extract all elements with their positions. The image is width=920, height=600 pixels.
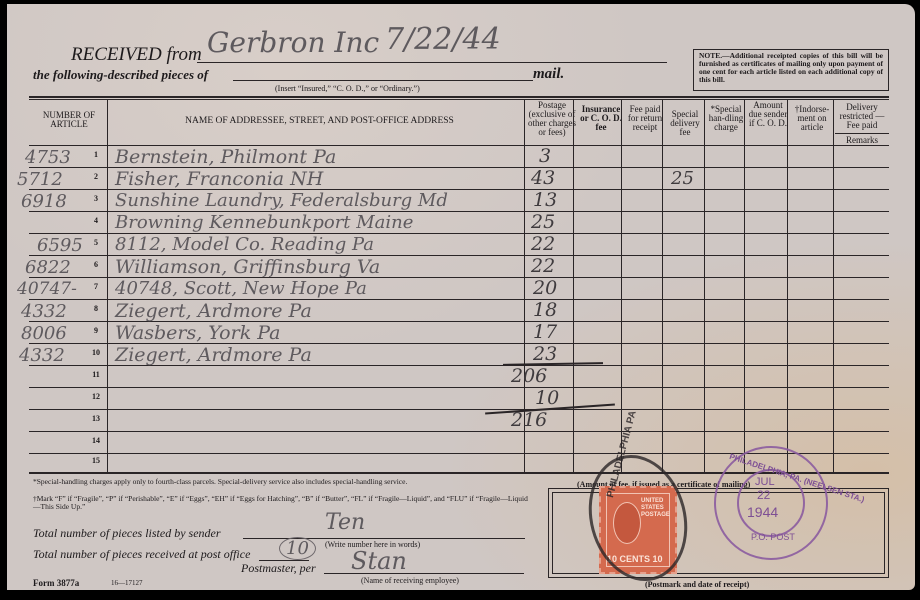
row-line — [29, 409, 889, 410]
row-number: 7 — [88, 282, 104, 291]
row-number: 3 — [88, 194, 104, 203]
article-number: 4332 — [19, 345, 65, 366]
sender-total-value: Ten — [325, 510, 365, 535]
remarks-divider — [835, 133, 889, 134]
postage-value: 22 — [531, 255, 555, 277]
postage-total: 216 — [511, 409, 547, 431]
employee-hint: (Name of receiving employee) — [361, 576, 459, 585]
col-divider — [621, 99, 622, 472]
row-number: 10 — [88, 348, 104, 357]
addressee: Ziegert, Ardmore Pa — [115, 344, 312, 366]
col-header-return-receipt: Fee paid for return receipt — [625, 105, 665, 132]
mailing-receipt-form: RECEIVED from Gerbron Inc 7/22/44 the fo… — [7, 4, 915, 590]
row-number: 4 — [88, 216, 104, 225]
col-divider — [704, 99, 705, 472]
col-divider — [662, 99, 663, 472]
addressee: Fisher, Franconia NH — [115, 168, 323, 190]
row-number: 6 — [88, 260, 104, 269]
mail-label: mail. — [533, 66, 564, 83]
sender-total-label: Total number of pieces listed by sender — [33, 526, 221, 541]
row-number: 13 — [88, 414, 104, 423]
row-number: 8 — [88, 304, 104, 313]
col-header-indorsement: †Indorse-ment on article — [789, 105, 835, 132]
postmark-hint: (Postmark and date of receipt) — [645, 580, 749, 589]
addressee: Williamson, Griffinsburg Va — [115, 256, 380, 278]
insert-hint: (Insert “Insured,” “C. O. D.,” or “Ordin… — [275, 84, 420, 93]
row-line — [29, 387, 889, 388]
postmark-month: JUL — [755, 476, 775, 488]
postmark-bottom: P.O. POST — [751, 532, 795, 542]
row-number: 14 — [88, 436, 104, 445]
received-total-value: 10 — [279, 537, 316, 560]
row-number: 5 — [88, 238, 104, 247]
col-divider — [787, 99, 788, 472]
postage-value: 17 — [533, 321, 557, 343]
received-total-label: Total number of pieces received at post … — [33, 547, 250, 562]
table-top-border — [29, 96, 889, 98]
col-header-number: NUMBER OF ARTICLE — [31, 111, 107, 129]
addressee: 40748, Scott, New Hope Pa — [115, 278, 367, 299]
note-box: NOTE.—Additional receipted copies of thi… — [693, 49, 889, 91]
col-divider — [744, 99, 745, 472]
addressee: 8112, Model Co. Reading Pa — [115, 234, 374, 255]
received-from-value: Gerbron Inc — [207, 26, 379, 59]
postmark-year: 1944 — [747, 504, 778, 520]
postage-value: 25 — [531, 211, 555, 233]
row-line — [29, 431, 889, 432]
postmaster-label: Postmaster, per — [241, 561, 316, 576]
col-header-address: NAME OF ADDRESSEE, STREET, AND POST-OFFI… — [112, 117, 527, 126]
addressee: Wasbers, York Pa — [115, 322, 281, 344]
marking-note: †Mark “F” if “Fragile”, “P” if “Perishab… — [33, 495, 533, 511]
addressee: Sunshine Laundry, Federalsburg Md — [115, 190, 448, 211]
postage-subtotal: 206 — [511, 365, 547, 387]
special-handling-note: *Special-handling charges apply only to … — [33, 478, 533, 486]
row-number: 15 — [88, 456, 104, 465]
article-number: 6595 — [37, 235, 83, 256]
postage-value: 18 — [533, 299, 557, 321]
article-number: 6822 — [25, 257, 71, 278]
row-number: 1 — [88, 150, 104, 159]
row-number: 11 — [88, 370, 104, 379]
article-number: 4753 — [25, 147, 71, 168]
postage-value: 20 — [533, 277, 557, 299]
row-number: 12 — [88, 392, 104, 401]
addressee: Ziegert, Ardmore Pa — [115, 300, 312, 322]
pieces-label: the following-described pieces of — [33, 67, 208, 83]
received-from-label: RECEIVED from — [71, 44, 202, 66]
postage-value: 23 — [533, 343, 557, 365]
date-value: 7/22/44 — [385, 22, 501, 57]
col-header-remarks: Remarks — [835, 136, 889, 145]
row-number: 9 — [88, 326, 104, 335]
postmaster-signature: Stan — [351, 547, 407, 575]
addressee: Bernstein, Philmont Pa — [115, 146, 336, 168]
col-header-special-handling: *Special han-dling charge — [705, 105, 747, 132]
col-header-delivery-restricted: Delivery restricted —Fee paid — [835, 103, 889, 130]
postage-value: 3 — [539, 145, 551, 167]
article-number: 6918 — [21, 191, 67, 212]
postage-value: 22 — [531, 233, 555, 255]
postage-value: 13 — [533, 189, 557, 211]
special-delivery-value: 25 — [671, 168, 694, 189]
col-header-postage: Postage (exclusive of other charges or f… — [527, 101, 577, 137]
article-number: 8006 — [21, 323, 67, 344]
col-header-insurance: Insurance or C. O. D. fee — [577, 105, 625, 132]
col-divider — [107, 99, 108, 472]
mail-type-line — [233, 80, 533, 81]
form-number: Form 3877a — [33, 578, 79, 588]
col-divider — [833, 99, 834, 472]
postage-value: 43 — [531, 167, 555, 189]
print-code: 16—17127 — [111, 579, 143, 587]
col-header-special-delivery: Special delivery fee — [665, 110, 705, 137]
article-number: 40747- — [17, 279, 77, 299]
received-from-line — [197, 62, 667, 63]
col-header-amount-due: Amount due sender if C. O. D. — [747, 101, 789, 128]
postage-fee: 10 — [535, 387, 559, 409]
article-number: 4332 — [21, 301, 67, 322]
article-number: 5712 — [17, 169, 63, 190]
postmark-day: 22 — [757, 488, 770, 502]
row-number: 2 — [88, 172, 104, 181]
col-divider — [573, 99, 574, 472]
addressee: Browning Kennebunkport Maine — [115, 212, 413, 233]
